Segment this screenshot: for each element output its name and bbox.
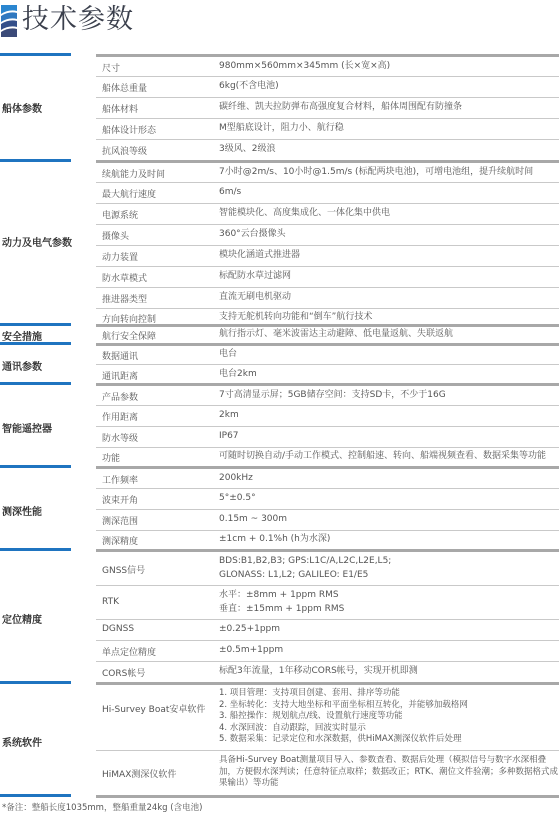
row-key: 电源系统 bbox=[102, 208, 138, 221]
row-key: 航行安全保障 bbox=[102, 329, 156, 342]
table-row: 电源系统智能模块化、高度集成化、一体化集中供电 bbox=[96, 204, 559, 225]
row-value: 360°云台摄像头 bbox=[219, 228, 286, 241]
table-row: 动力装置模块化涵道式推进器 bbox=[96, 246, 559, 267]
row-key: 单点定位精度 bbox=[102, 645, 156, 658]
table-row: 波束开角5°±0.5° bbox=[96, 489, 559, 510]
table-row: HiMAX测深仪软件 具备Hi-Survey Boat测量项目导入、参数查看、数… bbox=[96, 751, 559, 795]
row-value: 可随时切换自动/手动工作模式、控制船速、转向、船端视频查看、数据采集等功能 bbox=[219, 450, 546, 463]
table-row: 推进器类型直流无刷电机驱动 bbox=[96, 288, 559, 309]
row-key: HiMAX测深仪软件 bbox=[102, 767, 176, 780]
row-key: 功能 bbox=[102, 451, 120, 464]
row-key: 抗风浪等级 bbox=[102, 144, 147, 157]
row-key: 摄像头 bbox=[102, 229, 129, 242]
table-row: CORS帐号标配3年流量，1年移动CORS帐号，实现开机即测 bbox=[96, 662, 559, 682]
table-row: 产品参数7寸高清显示屏；5GB储存空间：支持SD卡，不少于16G bbox=[96, 386, 559, 406]
row-value: 直流无刷电机驱动 bbox=[219, 291, 291, 304]
section-label: 定位精度 bbox=[2, 611, 42, 626]
row-value: 6m/s bbox=[219, 186, 241, 199]
row-key: 波束开角 bbox=[102, 493, 138, 506]
row-value: 980mm×560mm×345mm (长×宽×高) bbox=[219, 60, 390, 73]
row-value: 200kHz bbox=[219, 472, 253, 485]
row-key: CORS帐号 bbox=[102, 666, 145, 679]
row-value-line-2: 2. 坐标转化：支持大地坐标和平面坐标相互转化，并能够加载格网 bbox=[219, 700, 559, 712]
footnote: *备注：整船长度1035mm，整船重量24kg (含电池) bbox=[2, 801, 202, 813]
row-value: 电台2km bbox=[219, 368, 257, 381]
row-value: 智能模块化、高度集成化、一体化集中供电 bbox=[219, 207, 390, 220]
section-safety: 安全措施 航行安全保障航行指示灯、毫米波雷达主动避障、低电量返航、失联返航 bbox=[0, 323, 559, 343]
section-label: 船体参数 bbox=[2, 100, 42, 115]
section-label: 测深性能 bbox=[2, 503, 42, 518]
table-row: 摄像头360°云台摄像头 bbox=[96, 225, 559, 246]
table-row: GNSS信号 BDS:B1,B2,B3; GPS:L1C/A,L2C,L2E,L… bbox=[96, 552, 559, 586]
section-accent-bar bbox=[0, 794, 71, 797]
section-label: 通讯参数 bbox=[2, 358, 42, 373]
table-row: DGNSS±0.25+1ppm bbox=[96, 620, 559, 641]
table-row: 最大航行速度6m/s bbox=[96, 183, 559, 204]
row-value: 7小时@2m/s、10小时@1.5m/s (标配两块电池)，可增电池组，提升续航… bbox=[219, 166, 533, 179]
row-value: 具备Hi-Survey Boat测量项目导入、参数查看、数据后处理（模拟信号与数… bbox=[219, 755, 559, 794]
section-positioning: 定位精度 GNSS信号 BDS:B1,B2,B3; GPS:L1C/A,L2C,… bbox=[0, 548, 559, 682]
row-value: 7寸高清显示屏；5GB储存空间：支持SD卡，不少于16G bbox=[219, 389, 446, 402]
row-value-line-2: GLONASS: L1,L2; GALILEO: E1/E5 bbox=[219, 569, 368, 582]
table-row: 工作频率200kHz bbox=[96, 469, 559, 489]
row-key: 测深范围 bbox=[102, 514, 138, 527]
table-row: 测深精度±1cm + 0.1%h (h为水深) bbox=[96, 531, 559, 549]
row-value: ±0.5m+1ppm bbox=[219, 644, 283, 657]
row-key: 船体材料 bbox=[102, 102, 138, 115]
section-accent-bar bbox=[0, 342, 71, 345]
row-key: 数据通讯 bbox=[102, 349, 138, 362]
section-accent-bar bbox=[0, 159, 71, 162]
row-value: 水平：±8mm + 1ppm RMS bbox=[219, 589, 339, 602]
row-value: BDS:B1,B2,B3; GPS:L1C/A,L2C,L2E,L5; bbox=[219, 555, 391, 568]
row-key: 测深精度 bbox=[102, 534, 138, 547]
row-key: Hi-Survey Boat安卓软件 bbox=[102, 704, 212, 716]
section-software: 系统软件 Hi-Survey Boat安卓软件 1. 项目管理：支持项目创建、套… bbox=[0, 681, 559, 795]
row-value: 模块化涵道式推进器 bbox=[219, 249, 300, 262]
row-key: RTK bbox=[102, 597, 119, 607]
table-bottom-divider bbox=[96, 795, 559, 798]
table-row: 抗风浪等级3级风、2级浪 bbox=[96, 140, 559, 160]
page-title: 技术参数 bbox=[22, 2, 134, 38]
row-value-line-2: 垂直：±15mm + 1ppm RMS bbox=[219, 603, 344, 616]
row-key: 动力装置 bbox=[102, 250, 138, 263]
row-key: 产品参数 bbox=[102, 390, 138, 403]
section-communication: 通讯参数 数据通讯电台 通讯距离电台2km bbox=[0, 342, 559, 383]
table-row: 测深范围0.15m ~ 300m bbox=[96, 510, 559, 531]
section-label: 安全措施 bbox=[2, 328, 42, 343]
row-value: 标配3年流量，1年移动CORS帐号，实现开机即测 bbox=[219, 665, 418, 678]
section-accent-bar bbox=[0, 382, 71, 385]
wave-stripes-logo-icon bbox=[1, 5, 17, 37]
section-sounding: 测深性能 工作频率200kHz 波束开角5°±0.5° 测深范围0.15m ~ … bbox=[0, 465, 559, 549]
row-value: 3级风、2级浪 bbox=[219, 143, 275, 156]
row-value: ±1cm + 0.1%h (h为水深) bbox=[219, 533, 330, 546]
row-value: 0.15m ~ 300m bbox=[219, 513, 287, 526]
row-value: 碳纤维、凯夫拉防弹布高强度复合材料，船体周围配有防撞条 bbox=[219, 101, 462, 114]
table-row: 尺寸980mm×560mm×345mm (长×宽×高) bbox=[96, 57, 559, 77]
row-key: 防水等级 bbox=[102, 431, 138, 444]
row-value: 航行指示灯、毫米波雷达主动避障、低电量返航、失联返航 bbox=[219, 328, 453, 341]
row-value: 电台 bbox=[219, 348, 237, 361]
row-value-line-3: 3. 船控操作：规划航点/线、设置航行速度等功能 bbox=[219, 711, 559, 723]
table-row: 防水草模式标配防水草过滤网 bbox=[96, 267, 559, 288]
row-value: ±0.25+1ppm bbox=[219, 623, 280, 636]
row-value: 2km bbox=[219, 409, 239, 422]
row-value: 6kg(不含电池) bbox=[219, 80, 279, 93]
table-row: Hi-Survey Boat安卓软件 1. 项目管理：支持项目创建、套用、排序等… bbox=[96, 685, 559, 751]
row-key: 船体设计形态 bbox=[102, 123, 156, 136]
section-label: 系统软件 bbox=[2, 734, 42, 749]
section-hull: 船体参数 尺寸980mm×560mm×345mm (长×宽×高) 船体总重量6k… bbox=[0, 53, 559, 160]
row-key: 通讯距离 bbox=[102, 369, 138, 382]
section-power: 动力及电气参数 续航能力及时间7小时@2m/s、10小时@1.5m/s (标配两… bbox=[0, 159, 559, 326]
row-value: 5°±0.5° bbox=[219, 492, 256, 505]
table-row: 数据通讯电台 bbox=[96, 346, 559, 365]
table-row: 船体总重量6kg(不含电池) bbox=[96, 77, 559, 98]
row-key: 工作频率 bbox=[102, 473, 138, 486]
row-key: 作用距离 bbox=[102, 410, 138, 423]
table-row: 功能可随时切换自动/手动工作模式、控制船速、转向、船端视频查看、数据采集等功能 bbox=[96, 448, 559, 466]
table-row: 作用距离2km bbox=[96, 406, 559, 427]
row-key: 船体总重量 bbox=[102, 81, 147, 94]
section-remote-controller: 智能遥控器 产品参数7寸高清显示屏；5GB储存空间：支持SD卡，不少于16G 作… bbox=[0, 382, 559, 466]
row-value-line-1: 1. 项目管理：支持项目创建、套用、排序等功能 bbox=[219, 688, 559, 700]
row-value: M型船底设计，阻力小、航行稳 bbox=[219, 122, 344, 135]
section-accent-bar bbox=[0, 323, 71, 326]
row-key: 尺寸 bbox=[102, 61, 120, 74]
row-key: GNSS信号 bbox=[102, 563, 145, 576]
row-value: IP67 bbox=[219, 430, 239, 443]
row-key: 最大航行速度 bbox=[102, 187, 156, 200]
section-label: 智能遥控器 bbox=[2, 420, 52, 435]
row-key: 防水草模式 bbox=[102, 271, 147, 284]
table-row: RTK 水平：±8mm + 1ppm RMS 垂直：±15mm + 1ppm R… bbox=[96, 586, 559, 620]
table-row: 防水等级IP67 bbox=[96, 427, 559, 448]
row-key: 续航能力及时间 bbox=[102, 167, 165, 180]
page-header: 技术参数 bbox=[0, 0, 134, 40]
section-label: 动力及电气参数 bbox=[2, 234, 72, 249]
row-key: DGNSS bbox=[102, 624, 134, 634]
row-value-line-5: 5. 数据采集：记录定位和水深数据，供HiMAX测深仪软件后处理 bbox=[219, 734, 559, 746]
table-row: 通讯距离电台2km bbox=[96, 365, 559, 383]
section-accent-bar bbox=[0, 465, 71, 468]
table-row: 续航能力及时间7小时@2m/s、10小时@1.5m/s (标配两块电池)，可增电… bbox=[96, 163, 559, 183]
row-key: 推进器类型 bbox=[102, 292, 147, 305]
table-row: 船体材料碳纤维、凯夫拉防弹布高强度复合材料，船体周围配有防撞条 bbox=[96, 98, 559, 119]
row-value: 标配防水草过滤网 bbox=[219, 270, 291, 283]
table-row: 单点定位精度±0.5m+1ppm bbox=[96, 641, 559, 662]
row-value-line-4: 4. 水深回波：自动跟踪，回波实时显示 bbox=[219, 723, 559, 735]
table-row: 船体设计形态M型船底设计，阻力小、航行稳 bbox=[96, 119, 559, 140]
section-accent-bar bbox=[0, 548, 71, 551]
section-accent-bar bbox=[0, 53, 71, 56]
section-accent-bar bbox=[0, 681, 71, 684]
